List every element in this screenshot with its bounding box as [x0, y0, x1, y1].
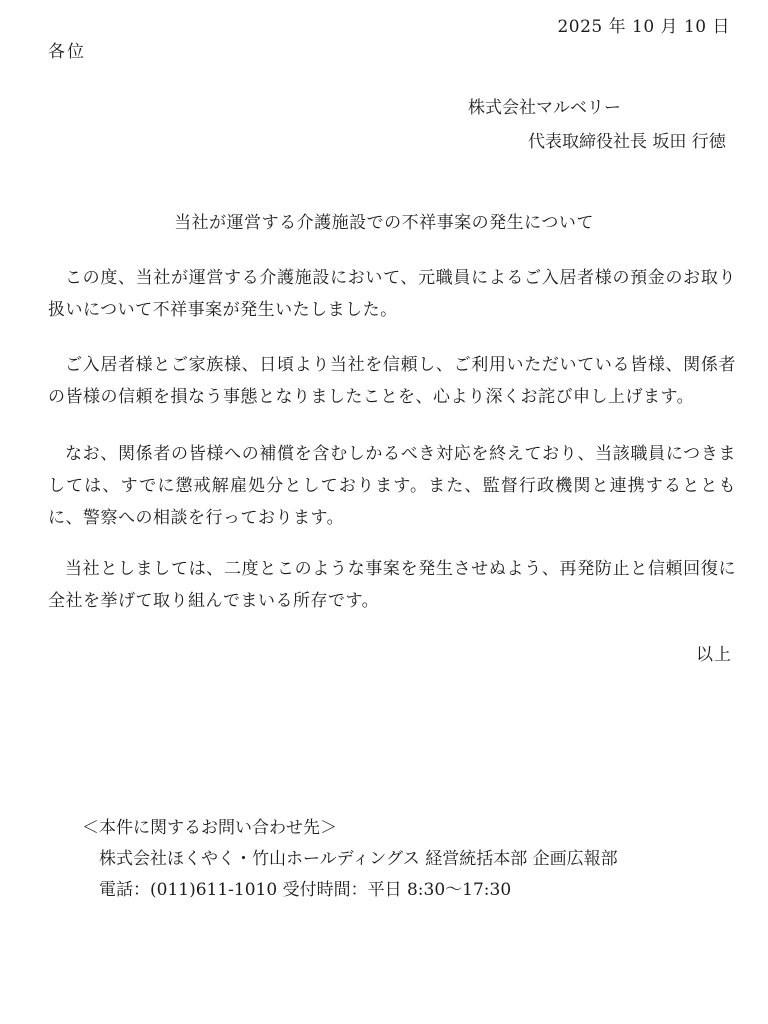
body-paragraph-2: ご入居者様とご家族様、日頃より当社を信頼し、ご利用いただいている皆様、関係者の皆…	[48, 349, 736, 413]
closing-marker: 以上	[696, 640, 732, 665]
body-paragraph-1: この度、当社が運営する介護施設において、元職員によるご入居者様の預金のお取り扱い…	[48, 262, 736, 326]
contact-phone-line: 電話：(011)611-1010 受付時間：平日 8:30～17:30	[99, 875, 736, 906]
document-page: 2025 年 10 月 10 日 各位 株式会社マルベリー 代表取締役社長 坂田…	[0, 0, 768, 1024]
document-date: 2025 年 10 月 10 日	[557, 12, 730, 37]
contact-company-line: 株式会社ほくやく・竹山ホールディングス 経営統括本部 企画広報部	[99, 844, 736, 875]
recipient-line: 各位	[48, 37, 86, 62]
document-title: 当社が運営する介護施設での不祥事案の発生について	[0, 208, 768, 233]
sender-company-name: 株式会社マルベリー	[468, 93, 621, 118]
sender-representative-name: 代表取締役社長 坂田 行徳	[528, 127, 726, 152]
contact-header: ＜本件に関するお問い合わせ先＞	[82, 813, 736, 844]
body-paragraph-3: なお、関係者の皆様への補償を含むしかるべき対応を終えており、当該職員につきまして…	[48, 438, 736, 534]
contact-block: ＜本件に関するお問い合わせ先＞ 株式会社ほくやく・竹山ホールディングス 経営統括…	[82, 813, 736, 906]
body-paragraph-4: 当社としましては、二度とこのような事案を発生させぬよう、再発防止と信頼回復に全社…	[48, 553, 736, 617]
